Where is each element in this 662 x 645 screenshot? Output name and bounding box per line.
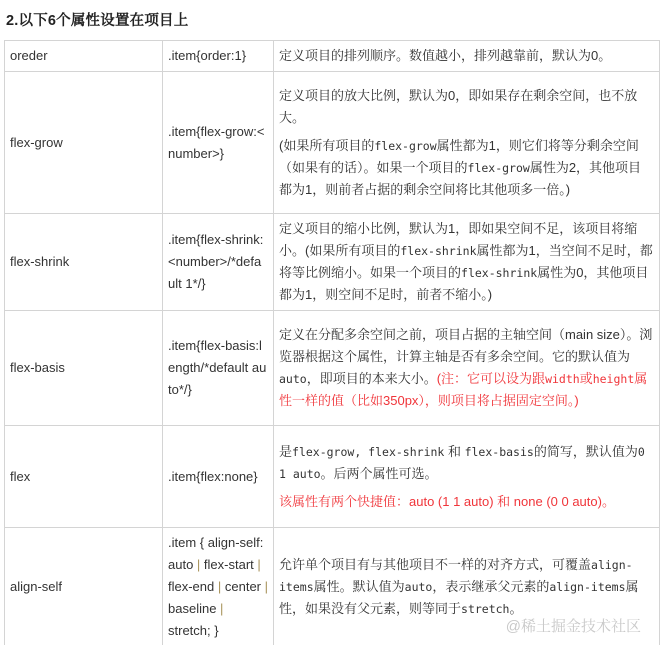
property-name: oreder <box>5 41 163 72</box>
property-description: 定义在分配多余空间之前，项目占据的主轴空间（main size）。浏览器根据这个… <box>274 311 660 426</box>
property-syntax: .item { align-self: auto | flex-start | … <box>163 528 274 645</box>
code-inline: align-items <box>549 580 625 594</box>
shortcut-note: 该属性有两个快捷值：auto (1 1 auto) 和 none (0 0 au… <box>279 491 654 513</box>
code-inline: flex-grow <box>374 139 436 153</box>
watermark: @稀土掘金技术社区 <box>506 616 641 638</box>
table-row-align-self: align-self .item { align-self: auto | fl… <box>5 528 660 645</box>
property-description: 允许单个项目有与其他项目不一样的对齐方式，可覆盖align-items属性。默认… <box>274 528 660 645</box>
code-inline: flex-shrink <box>400 244 476 258</box>
code-inline: flex-shrink <box>461 266 537 280</box>
property-name: flex-basis <box>5 311 163 426</box>
property-description: 定义项目的放大比例，默认为0，即如果存在剩余空间，也不放大。 (如果所有项目的f… <box>274 72 660 214</box>
table-row-flex-grow: flex-grow .item{flex-grow:<number>} 定义项目… <box>5 72 660 214</box>
code-inline: auto <box>279 372 307 386</box>
property-syntax: .item{flex:none} <box>163 426 274 528</box>
property-description: 是flex-grow, flex-shrink 和 flex-basis的简写，… <box>274 426 660 528</box>
code-inline: auto <box>405 580 433 594</box>
property-name: flex-shrink <box>5 214 163 311</box>
code-inline: flex-grow, flex-shrink <box>292 445 444 459</box>
table-row-flex: flex .item{flex:none} 是flex-grow, flex-s… <box>5 426 660 528</box>
property-name: flex <box>5 426 163 528</box>
property-syntax: .item{order:1} <box>163 41 274 72</box>
property-syntax: .item{flex-grow:<number>} <box>163 72 274 214</box>
table-row-flex-shrink: flex-shrink .item{flex-shrink:<number>/*… <box>5 214 660 311</box>
property-name: flex-grow <box>5 72 163 214</box>
flex-item-properties-table: oreder .item{order:1} 定义项目的排列顺序。数值越小，排列越… <box>4 40 660 645</box>
section-heading: 2.以下6个属性设置在项目上 <box>6 9 188 30</box>
table-row-order: oreder .item{order:1} 定义项目的排列顺序。数值越小，排列越… <box>5 41 660 72</box>
code-inline: flex-grow <box>468 161 530 175</box>
code-inline: stretch <box>461 602 509 616</box>
property-name: align-self <box>5 528 163 645</box>
table-row-flex-basis: flex-basis .item{flex-basis:length/*defa… <box>5 311 660 426</box>
code-inline: flex-basis <box>465 445 534 459</box>
property-syntax: .item{flex-basis:length/*default auto*/} <box>163 311 274 426</box>
property-description: 定义项目的缩小比例，默认为1，即如果空间不足，该项目将缩小。(如果所有项目的fl… <box>274 214 660 311</box>
property-syntax: .item{flex-shrink:<number>/*default 1*/} <box>163 214 274 311</box>
property-description: 定义项目的排列顺序。数值越小，排列越靠前，默认为0。 <box>274 41 660 72</box>
